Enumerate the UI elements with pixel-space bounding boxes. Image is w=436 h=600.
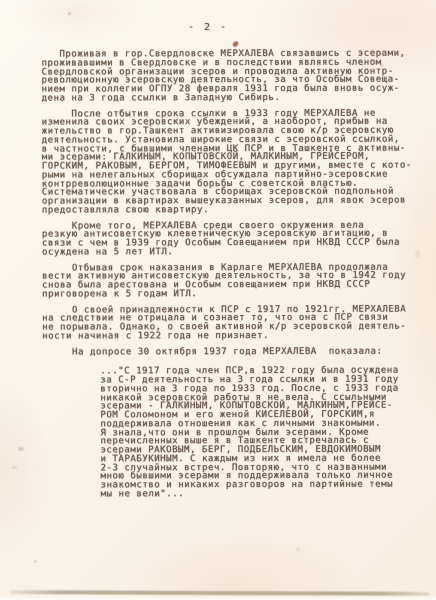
paragraph: Проживая в гор.Свердловске МЕРХАЛЕВА свя…: [41, 50, 417, 103]
paragraph: Кроме того, МЕРХАЛЕВА среди своего окруж…: [42, 221, 418, 257]
testimony-quote: ..."С 1917 года член ПСР,в 1922 году был…: [100, 367, 408, 499]
paper-stain: [18, 447, 24, 451]
paragraph: Отбывая срок наказания в Карлаге МЕРХАЛЕ…: [42, 263, 418, 299]
paragraph: На допросе 30 октября 1937 года МЕРХАЛЕВ…: [42, 347, 418, 357]
paragraph: После отбытия срока ссылки в 1933 году М…: [42, 109, 418, 215]
document-page: - 2 - Проживая в гор.Свердловске МЕРХАЛЕ…: [0, 0, 436, 600]
paper-stain: [68, 12, 71, 15]
paragraph: О своей принадлежности к ПСР с 1917 по 1…: [42, 305, 418, 341]
ink-dot: [232, 40, 239, 48]
paper-stain: [12, 466, 17, 469]
paper-stain: [34, 560, 37, 563]
scan-background: [0, 595, 436, 600]
page-number: - 2 -: [0, 22, 426, 33]
document-text: Проживая в гор.Свердловске МЕРХАЛЕВА свя…: [41, 50, 418, 499]
paper-stain: [296, 548, 300, 551]
